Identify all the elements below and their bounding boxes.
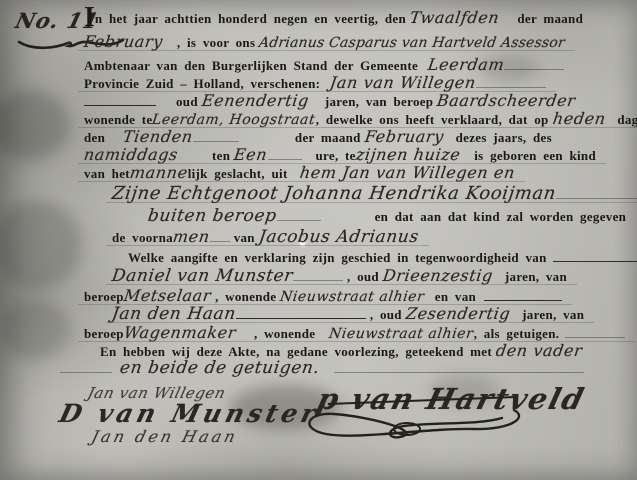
signature-witness2: Jan den Haan xyxy=(92,427,238,447)
handwritten-witness2-age: Zesendertig xyxy=(404,304,511,323)
signature-official: p van Hartveld xyxy=(318,382,585,416)
handwritten-witness1-age: Drieenzestig xyxy=(382,266,495,285)
line-witness-intro: Welke aangifte en verklaring zijn geschi… xyxy=(128,248,637,267)
printed-text: oud xyxy=(176,94,198,109)
line-witness1-details: beroepMetselaar , wonende Nieuwstraat al… xyxy=(84,286,562,306)
handwritten-witness2-name: Jan den Haan xyxy=(111,304,238,324)
printed-text: jaren, van beroep xyxy=(325,94,433,109)
printed-text: en van xyxy=(435,289,476,304)
line-intro: In het jaar achttien honderd negen en ve… xyxy=(84,8,583,28)
printed-text: beroep xyxy=(84,326,124,341)
printed-text: Provincie Zuid – Holland, verschenen: xyxy=(84,76,320,91)
handwritten-witness2-residence: Nieuwstraat alhier xyxy=(328,326,475,342)
printed-text: , oud xyxy=(370,307,402,322)
printed-text: I xyxy=(84,2,95,33)
line-birth-date: den Tienden der maand February dezes jaa… xyxy=(84,127,552,147)
handwritten-declarant-residence: Leerdam, Hoogstraat xyxy=(151,112,317,128)
paper-stain xyxy=(0,90,70,160)
handwritten-time-of-day: namiddags xyxy=(83,145,180,164)
printed-text: Ambtenaar van den Burgerlijken Stand der… xyxy=(84,58,418,73)
handwritten-birth-place: zijnen huize xyxy=(354,145,461,164)
handwritten-witness2-occupation: Wagenmaker xyxy=(123,323,238,342)
handwritten-voornamen-suffix: men xyxy=(172,227,211,246)
handwritten-mother-name: Zijne Echtgenoot Johanna Hendrika Kooijm… xyxy=(111,183,558,204)
handwritten-month: February xyxy=(83,32,165,51)
handwritten-witness1-occupation: Metselaar xyxy=(123,286,213,305)
printed-text: , is voor ons xyxy=(177,35,255,50)
printed-text: , wonende xyxy=(254,326,315,341)
printed-text: dezes jaars, des xyxy=(456,130,552,145)
handwritten-birth-day-ref: heden xyxy=(551,109,606,128)
signature-witness2-text: Jan den Haan xyxy=(90,427,241,446)
handwritten-declarant-age: Eenendertig xyxy=(201,91,311,110)
signature-witness1: D van Munster xyxy=(60,399,319,428)
handwritten-hour: Een xyxy=(233,145,269,164)
paper-stain xyxy=(0,300,70,360)
handwritten-witness1-name: Daniel van Munster xyxy=(111,266,295,286)
line-witness2: Jan den Haan , oud Zesendertig jaren, va… xyxy=(112,304,584,324)
printed-text: van xyxy=(234,230,255,245)
line-child-names: de voornamen van Jacobus Adrianus xyxy=(112,227,419,247)
printed-text: de voorna xyxy=(112,230,173,245)
printed-text: lijk geslacht, uit xyxy=(188,166,288,181)
line-witness2-details: beroepWagenmaker , wonende Nieuwstraat a… xyxy=(84,323,625,343)
line-mother: Zijne Echtgenoot Johanna Hendrika Kooijm… xyxy=(112,183,637,204)
line-closing-continued: en beide de getuigen. xyxy=(60,358,584,378)
handwritten-birth-month: February xyxy=(363,127,445,146)
printed-text: der maand xyxy=(295,130,361,145)
printed-text: ten xyxy=(212,148,230,163)
handwritten-declarant-name: Jan van Willegen xyxy=(329,73,478,92)
line-gender-father: van hetmannelijk geslacht, uit hem Jan v… xyxy=(84,163,515,183)
printed-text: dag, xyxy=(617,112,637,127)
printed-text: beroep xyxy=(84,289,124,304)
line-gemeente: Ambtenaar van den Burgerlijken Stand der… xyxy=(84,55,564,75)
line-witness1: Daniel van Munster , oud Drieenzestig ja… xyxy=(112,266,567,286)
printed-text: , als getuigen. xyxy=(474,326,560,341)
printed-text: n het jaar achttien honderd negen en vee… xyxy=(95,11,406,26)
line-verschenen: Provincie Zuid – Holland, verschenen: Ja… xyxy=(84,73,546,93)
printed-text: is geboren een kind xyxy=(474,148,596,163)
signature-witness1-text: D van Munster xyxy=(56,399,322,428)
handwritten-day: Twaalfden xyxy=(409,8,501,27)
line-birth-time-place: namiddags ten Een ure, tezijnen huize is… xyxy=(84,145,596,165)
handwritten-gemeente: Leerdam xyxy=(427,55,506,74)
line-residence: wonende teLeerdam, Hoogstraat, dewelke o… xyxy=(84,109,637,129)
line-age-occupation: oud Eenendertig jaren, van beroep Baards… xyxy=(84,91,576,111)
handwritten-birth-day: Tienden xyxy=(122,127,194,146)
printed-text: , oud xyxy=(347,269,379,284)
printed-text: Welke aangifte en verklaring zijn geschi… xyxy=(128,250,547,265)
handwritten-mother-occupation: buiten beroep xyxy=(147,206,278,226)
printed-text: , wonende xyxy=(215,289,276,304)
line-month-official: February , is voor ons Adrianus Casparus… xyxy=(84,32,565,52)
handwritten-declarant-occupation: Baardscheerder xyxy=(436,91,577,110)
printed-text: , dewelke ons heeft verklaard, dat op xyxy=(316,112,549,127)
line-mother-occupation: buiten beroep en dat aan dat kind zal wo… xyxy=(148,206,626,226)
printed-text: jaren, van xyxy=(522,307,584,322)
printed-text: en dat aan dat kind zal worden gegeven xyxy=(375,209,627,224)
handwritten-gender: manne xyxy=(129,163,189,182)
paper-stain xyxy=(0,200,82,290)
printed-text: der maand xyxy=(517,11,583,26)
printed-text: ure, te xyxy=(316,148,356,163)
printed-text: van het xyxy=(84,166,130,181)
birth-record-document: No. 11 In het jaar achttien honderd nege… xyxy=(0,0,637,480)
handwritten-father-name: hem Jan van Willegen en xyxy=(298,163,516,182)
handwritten-official-name: Adrianus Casparus van Hartveld Assessor xyxy=(258,35,566,51)
printed-text: jaren, van xyxy=(505,269,567,284)
handwritten-child-names: Jacobus Adrianus xyxy=(257,227,420,247)
handwritten-witness1-residence: Nieuwstraat alhier xyxy=(279,289,426,305)
printed-text: En hebben wij deze Akte, na gedane voorl… xyxy=(100,344,492,359)
signature-flourish-icon xyxy=(304,396,534,440)
printed-text: den xyxy=(84,130,105,145)
printed-text: wonende te xyxy=(84,112,152,127)
handwritten-signed-with-continued: en beide de getuigen. xyxy=(119,358,321,378)
